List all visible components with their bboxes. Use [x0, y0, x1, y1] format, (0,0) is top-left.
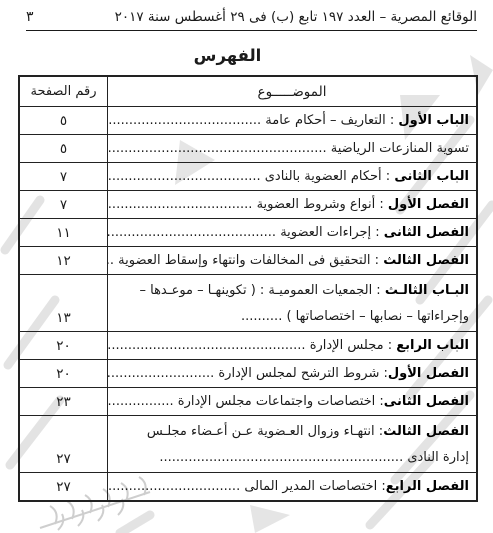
toc-title: الفهرس — [0, 46, 455, 65]
entry-page: ٢٠ — [19, 360, 108, 388]
entry-heading: البـاب الثالـث — [385, 283, 469, 298]
leader-dots: ........................................… — [108, 225, 277, 240]
entry-heading: الفصل الرابع — [386, 479, 469, 494]
toc-row: الفصل الثالث: انتهـاء وزوال العـضوية عـن… — [19, 416, 477, 473]
running-header-title: الوقائع المصرية – العدد ١٩٧ تابع (ب) فى … — [115, 9, 477, 25]
entry-page: ١٣ — [19, 275, 108, 332]
toc-table: الموضـــــوع رقم الصفحة الباب الأول : ال… — [18, 75, 478, 502]
entry-heading: الفصل الثانى — [384, 394, 469, 409]
entry-line-1: البـاب الثالـث : الجمعيات العموميـة : ( … — [114, 278, 469, 304]
toc-row: البـاب الثالـث : الجمعيات العموميـة : ( … — [19, 275, 477, 332]
entry-text: : اختصاصات المدير المالى — [240, 479, 386, 494]
toc-row: تسوية المنازعات الرياضية ...............… — [19, 135, 477, 163]
entry-text: وإجراءاتها – نصابها – اختصاصاتها ) — [282, 309, 469, 324]
entry-heading: الفصل الثالث — [383, 424, 469, 439]
entry-text: : أنواع وشروط العضوية — [252, 197, 387, 212]
toc-row: الفصل الثانى: اختصاصات واجتماعات مجلس ال… — [19, 388, 477, 416]
entry-text: إدارة النادى — [403, 450, 469, 465]
toc-header-row: الموضـــــوع رقم الصفحة — [19, 76, 477, 107]
leader-dots: ........................................… — [108, 394, 174, 409]
running-header: الوقائع المصرية – العدد ١٩٧ تابع (ب) فى … — [0, 0, 493, 30]
leader-dots: ........................................… — [108, 141, 327, 156]
entry-heading: الفصل الأول — [388, 366, 469, 381]
entry-heading: الفصل الثانى — [384, 225, 469, 240]
toc-row: الفصل الثالث : التحقيق فى المخالفات وانت… — [19, 247, 477, 275]
column-header-page: رقم الصفحة — [19, 76, 108, 107]
leader-dots: .......... — [241, 309, 282, 324]
entry-text: : الجمعيات العموميـة : ( تكوينهـا – موعـ… — [139, 283, 384, 298]
column-header-subject: الموضـــــوع — [108, 76, 478, 107]
toc-row: الباب الرابع : مجلس الإدارة ............… — [19, 332, 477, 360]
entry-page: ١١ — [19, 219, 108, 247]
entry-heading: الباب الأول — [398, 113, 469, 128]
entry-page: ٧ — [19, 163, 108, 191]
entry-page: ٧ — [19, 191, 108, 219]
leader-dots: ........................................… — [159, 450, 403, 465]
entry-text: : مجلس الإدارة — [306, 338, 397, 353]
entry-text: : انتهـاء وزوال العـضوية عـن أعـضاء مجلـ… — [147, 424, 383, 439]
leader-dots: ........................................… — [108, 479, 241, 494]
leader-dots: ........................................… — [108, 366, 215, 381]
entry-text: تسوية المنازعات الرياضية — [327, 141, 469, 156]
entry-heading: الفصل الثالث — [383, 253, 469, 268]
entry-heading: الباب الثانى — [394, 169, 469, 184]
entry-page: ٥ — [19, 107, 108, 135]
entry-text: : التعاريف – أحكام عامة — [261, 113, 398, 128]
leader-dots: ........................................… — [108, 169, 261, 184]
toc-row: الفصل الثانى : إجراءات العضوية .........… — [19, 219, 477, 247]
entry-heading: الفصل الأول — [388, 197, 469, 212]
page-number: ٣ — [20, 9, 34, 25]
entry-page: ٢٠ — [19, 332, 108, 360]
entry-text: : شروط الترشح لمجلس الإدارة — [214, 366, 388, 381]
entry-page: ١٢ — [19, 247, 108, 275]
toc-row: الفصل الرابع: اختصاصات المدير المالى ...… — [19, 473, 477, 502]
entry-heading: الباب الرابع — [396, 338, 469, 353]
entry-text: : أحكام العضوية بالنادى — [261, 169, 395, 184]
entry-page: ٢٧ — [19, 473, 108, 502]
entry-line-2: وإجراءاتها – نصابها – اختصاصاتها ) .....… — [114, 304, 469, 330]
toc-row: الباب الثانى : أحكام العضوية بالنادى ...… — [19, 163, 477, 191]
header-rule — [26, 30, 477, 31]
toc-row: الفصل الأول: شروط الترشح لمجلس الإدارة .… — [19, 360, 477, 388]
toc-row: الباب الأول : التعاريف – أحكام عامة ....… — [19, 107, 477, 135]
leader-dots: ........................................… — [108, 338, 306, 353]
entry-line-2: إدارة النادى ...........................… — [114, 445, 469, 471]
entry-page: ٢٧ — [19, 416, 108, 473]
entry-text: : إجراءات العضوية — [276, 225, 384, 240]
leader-dots: ........................................… — [108, 197, 253, 212]
entry-line-1: الفصل الثالث: انتهـاء وزوال العـضوية عـن… — [114, 419, 469, 445]
entry-text: : اختصاصات واجتماعات مجلس الإدارة — [174, 394, 384, 409]
gazette-page: الوقائع المصرية – العدد ١٩٧ تابع (ب) فى … — [0, 0, 493, 502]
entry-page: ٢٣ — [19, 388, 108, 416]
entry-text: : التحقيق فى المخالفات وانتهاء وإسقاط ال… — [114, 253, 383, 268]
entry-page: ٥ — [19, 135, 108, 163]
toc-row: الفصل الأول : أنواع وشروط العضوية ......… — [19, 191, 477, 219]
leader-dots: ........................................… — [108, 113, 262, 128]
